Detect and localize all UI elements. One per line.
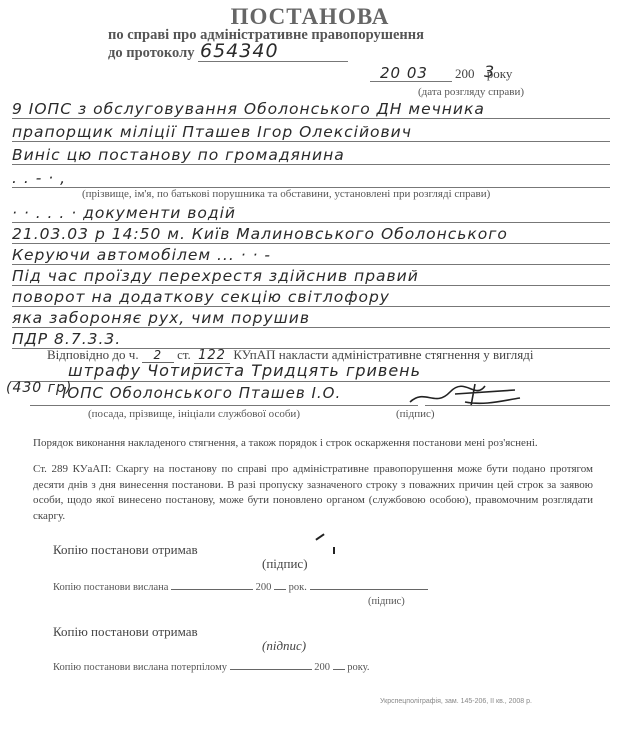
copy-victim-line: Копію постанови вислана потерпілому 200 … — [53, 662, 370, 673]
handwritten-line: Виніс цю постанову по громадянина — [12, 146, 610, 164]
copy-victim-year-suffix: року. — [347, 662, 369, 673]
signature-caption: (підпис) — [396, 408, 435, 420]
copy-received-signature-1: (підпис) — [262, 556, 308, 572]
handwritten-line: 21.03.03 р 14:50 м. Київ Малиновського О… — [12, 225, 610, 243]
copy-sent-year: 200 — [256, 582, 272, 593]
explanation-notice: Порядок виконання накладеного стягнення,… — [33, 437, 538, 449]
copy-received-signature-2: (підпис) — [262, 638, 306, 654]
copy-sent-line: Копію постанови вислана 200 рок. — [53, 582, 428, 593]
officer-underline — [30, 405, 418, 406]
copy-victim-year: 200 — [314, 662, 330, 673]
penalty-prefix: Відповідно до ч. — [47, 347, 139, 362]
copy-sent-signature-field[interactable] — [310, 589, 428, 590]
officer-handwritten: ІОПС Оболонського Пташев І.О. — [62, 384, 341, 402]
copy-sent-year-field[interactable] — [274, 589, 286, 590]
copy-victim-label: Копію постанови вислана потерпілому — [53, 662, 227, 673]
handwritten-line: · · . . . · документи водій — [12, 204, 610, 222]
writing-line — [12, 327, 610, 328]
year-digit-handwritten: 3 — [484, 62, 495, 81]
penalty-handwritten: штрафу Чотириста Тридцять гривень — [68, 361, 421, 380]
copy-victim-date-field[interactable] — [230, 669, 312, 670]
copy-received-label-2: Копію постанови отримав — [53, 624, 198, 640]
handwritten-line: поворот на додаткову секцію світлофору — [12, 288, 610, 306]
handwritten-line: 9 ІОПС з обслуговування Оболонського ДН … — [12, 100, 610, 118]
protocol-number: 654340 — [200, 40, 279, 62]
handwritten-line: Під час проїзду перехрестя здійснив прав… — [12, 267, 610, 285]
protocol-label: до протоколу — [108, 45, 194, 62]
offender-caption: (прізвище, ім'я, по батькові порушника т… — [82, 188, 490, 200]
printer-footer: Укрспецполіграфія, зам. 145-206, ІІ кв.,… — [380, 698, 532, 705]
writing-line — [12, 141, 610, 142]
writing-line — [12, 243, 610, 244]
signature-underline — [425, 405, 610, 406]
signature-mark — [315, 533, 324, 540]
handwritten-line: Керуючи автомобілем ... · · - — [12, 246, 610, 264]
date-caption: (дата розгляду справи) — [418, 86, 524, 98]
handwritten-line: . . - · , — [12, 169, 610, 187]
copy-sent-year-suffix: рок. — [289, 582, 307, 593]
writing-line — [12, 118, 610, 119]
article-289-text: Ст. 289 КУаАП: Скаргу на постанову по сп… — [33, 462, 593, 524]
copy-sent-signature-caption: (підпис) — [368, 596, 405, 607]
handwritten-line: прапорщик міліції Пташев Ігор Олексійови… — [12, 123, 610, 141]
signature-mark — [333, 547, 335, 554]
protocol-underline — [198, 61, 348, 62]
penalty-article-label: ст. — [177, 347, 191, 362]
writing-line — [12, 306, 610, 307]
writing-line — [12, 164, 610, 165]
handwritten-line: ПДР 8.7.3.3. — [12, 330, 610, 348]
handwritten-line: яка забороняє рух, чим порушив — [12, 309, 610, 327]
writing-line — [12, 264, 610, 265]
date-underline — [370, 81, 452, 82]
copy-received-label-1: Копію постанови отримав — [53, 542, 198, 558]
penalty-suffix: КУпАП накласти адміністративне стягнення… — [233, 347, 533, 362]
writing-line — [12, 285, 610, 286]
copy-victim-year-field[interactable] — [333, 669, 345, 670]
officer-caption: (посада, прізвище, ініціали службової ос… — [88, 408, 300, 420]
copy-sent-label: Копію постанови вислана — [53, 582, 168, 593]
copy-sent-date-field[interactable] — [171, 589, 253, 590]
review-date-handwritten: 20 03 — [380, 64, 428, 82]
writing-line — [12, 222, 610, 223]
year-prefix-text: 200 — [455, 66, 475, 81]
